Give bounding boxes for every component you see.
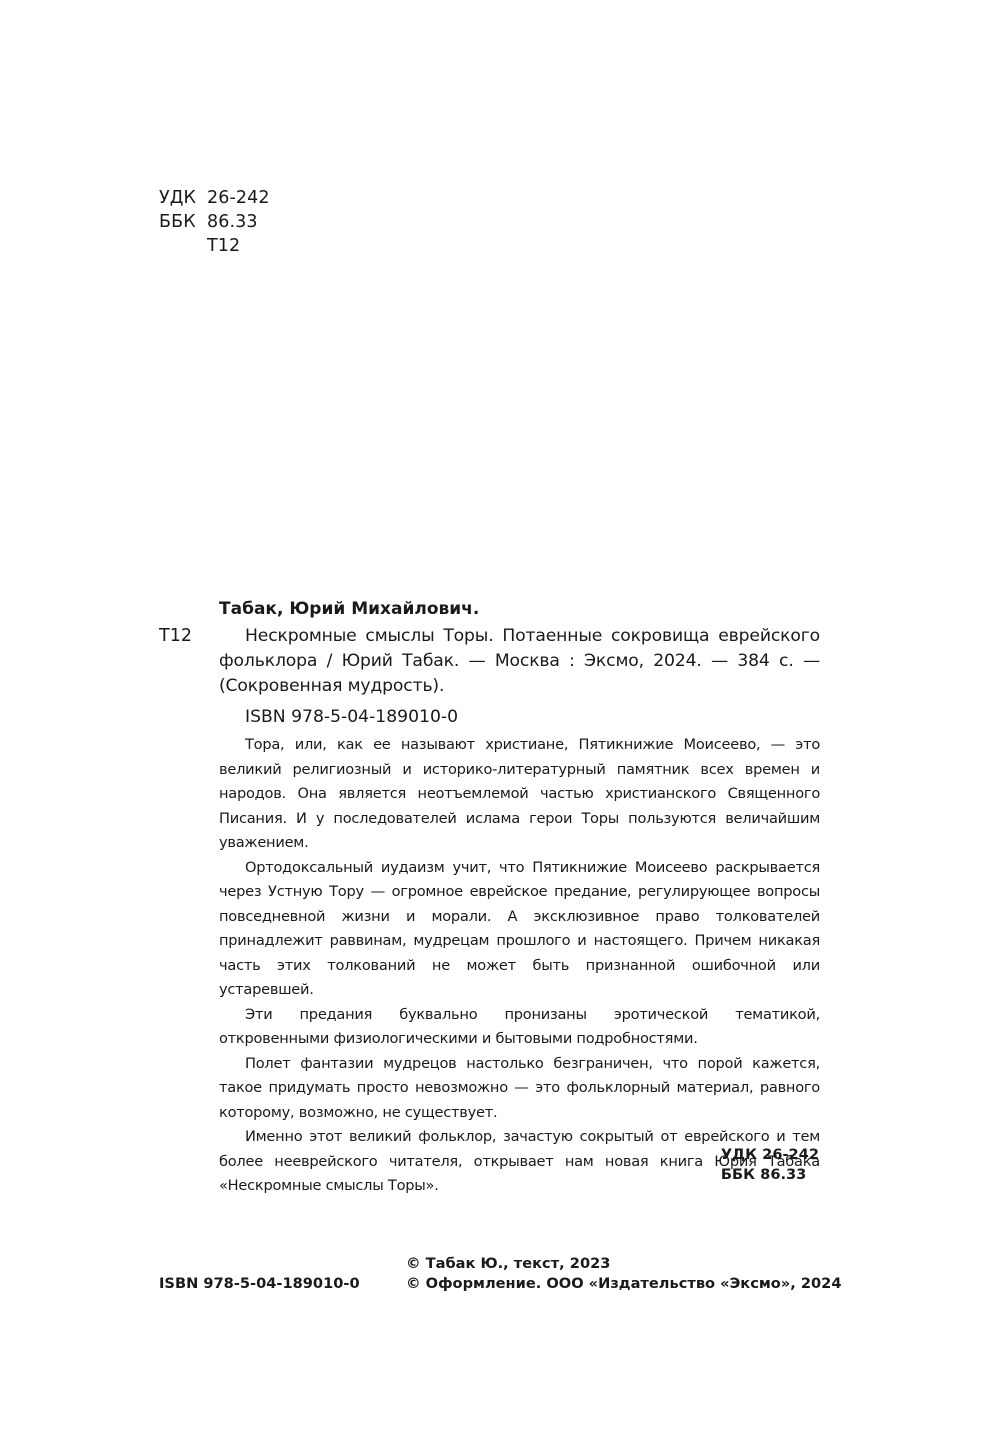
isbn-record: ISBN 978-5-04-189010-0 [245,705,458,729]
author-mark-top: Т12 [207,234,240,258]
isbn-footer: ISBN 978-5-04-189010-0 [159,1274,360,1294]
classification-block-top: УДК 26-242 ББК 86.33 Т12 [159,186,270,258]
bbk-bottom: ББК 86.33 [721,1165,819,1185]
author-mark-row: Т12 [159,234,270,258]
annotation-paragraph: Тора, или, как ее называют христиане, Пя… [219,733,820,856]
annotation-paragraph: Эти предания буквально пронизаны эротиче… [219,1003,820,1052]
annotation-paragraph: Ортодоксальный иудаизм учит, что Пятикни… [219,856,820,1003]
copyright-block: © Табак Ю., текст, 2023 © Оформление. ОО… [406,1254,841,1294]
author-heading: Табак, Юрий Михайлович. [219,597,479,621]
bbk-row: ББК 86.33 [159,210,270,234]
annotation-paragraph: Полет фантазии мудрецов настолько безгра… [219,1052,820,1126]
udk-bottom: УДК 26-242 [721,1145,819,1165]
copyright-design: © Оформление. ООО «Издательство «Эксмо»,… [406,1274,841,1294]
author-mark: Т12 [159,624,192,648]
udk-label: УДК [159,186,207,210]
bbk-value: 86.33 [207,210,258,234]
udk-value: 26-242 [207,186,270,210]
annotation: Тора, или, как ее называют христиане, Пя… [219,733,820,1199]
bibliographic-description: Нескромные смыслы Торы. Потаенные сокров… [219,624,820,699]
udk-row: УДК 26-242 [159,186,270,210]
classification-block-bottom: УДК 26-242 ББК 86.33 [721,1145,819,1185]
copyright-text: © Табак Ю., текст, 2023 [406,1254,841,1274]
bbk-label: ББК [159,210,207,234]
